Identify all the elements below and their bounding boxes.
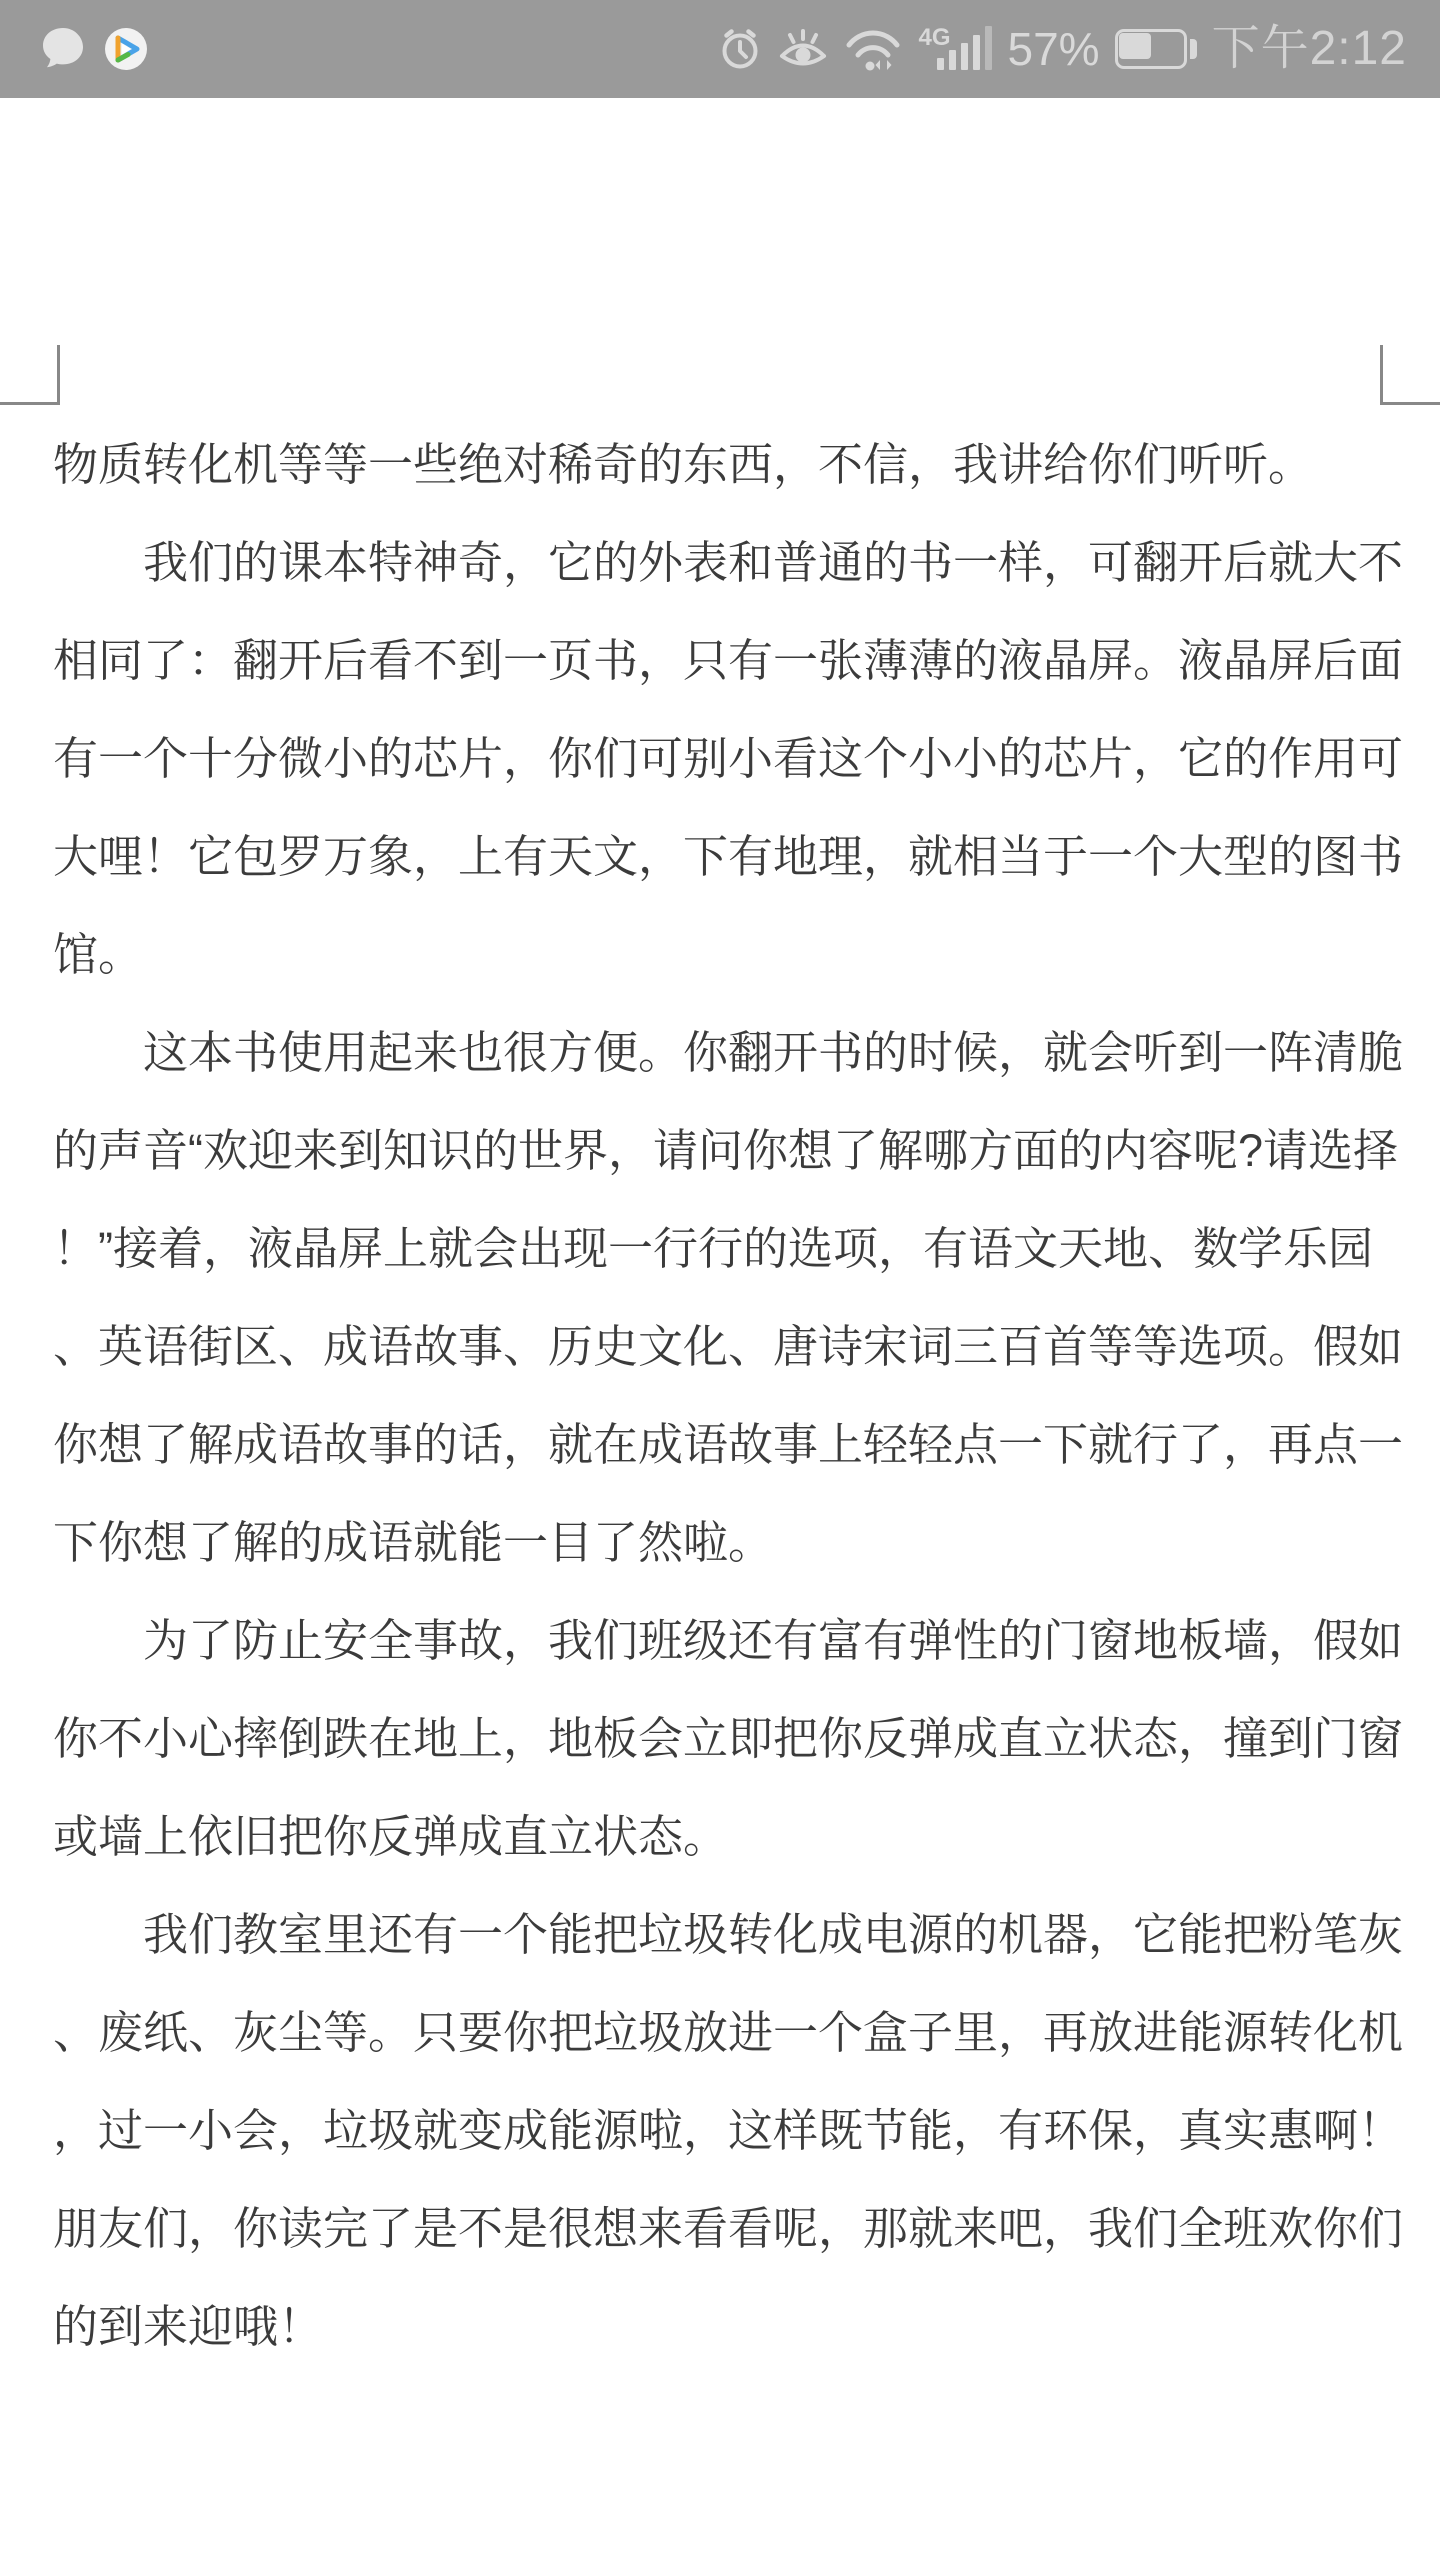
signal-bars [937,26,992,70]
battery-icon [1115,29,1197,69]
text-line: 你不小心摔倒跌在地上，地板会立即把你反弹成直立状态，撞到门窗 [53,1690,1398,1788]
text-line: 这本书使用起来也很方便。你翻开书的时候，就会听到一阵清脆 [53,1004,1398,1102]
text-line: 的到来迎哦！ [53,2278,1398,2376]
text-line: 相同了：翻开后看不到一页书，只有一张薄薄的液晶屏。液晶屏后面 [53,612,1398,710]
text-line: ！”接着，液晶屏上就会出现一行行的选项，有语文天地、数学乐园 [53,1200,1398,1298]
video-app-icon [104,27,148,71]
status-bar-system-icons: 4G 57% 下午2:12 [717,25,1440,73]
page-corner-mark-right [1380,345,1440,405]
clock-label: 下午2:12 [1212,25,1407,73]
battery-percent-label: 57% [1007,26,1099,72]
text-line: 、废纸、灰尘等。只要你把垃圾放进一个盒子里，再放进能源转化机 [53,1984,1398,2082]
alarm-clock-icon [717,26,763,72]
text-line: 或墙上依旧把你反弹成直立状态。 [53,1788,1398,1886]
text-line: 你想了解成语故事的话，就在成语故事上轻轻点一下就行了，再点一 [53,1396,1398,1494]
text-line: 我们的课本特神奇，它的外表和普通的书一样，可翻开后就大不 [53,514,1398,612]
eye-protection-icon [778,27,828,71]
text-line: 为了防止安全事故，我们班级还有富有弹性的门窗地板墙，假如 [53,1592,1398,1690]
text-line: 馆。 [53,906,1398,1004]
chat-bubble-icon [40,25,86,73]
text-line: 下你想了解的成语就能一目了然啦。 [53,1494,1398,1592]
signal-strength-icon: 4G [918,26,992,72]
page-corner-mark-left [0,345,60,405]
text-line: ，过一小会，垃圾就变成能源啦，这样既节能，有环保，真实惠啊！ [53,2082,1398,2180]
text-line: 朋友们，你读完了是不是很想来看看呢，那就来吧，我们全班欢你们 [53,2180,1398,2278]
text-line: 的声音“欢迎来到知识的世界，请问你想了解哪方面的内容呢?请选择 [53,1102,1398,1200]
phone-screen: 4G 57% 下午2:12 物质转化机等 [0,0,1440,2560]
document-lines: 物质转化机等等一些绝对稀奇的东西，不信，我讲给你们听听。 我们的课本特神奇，它的… [53,416,1398,2376]
text-line: 物质转化机等等一些绝对稀奇的东西，不信，我讲给你们听听。 [53,416,1398,514]
text-line: 、英语街区、成语故事、历史文化、唐诗宋词三百首等等选项。假如 [53,1298,1398,1396]
document-page[interactable]: 物质转化机等等一些绝对稀奇的东西，不信，我讲给你们听听。 我们的课本特神奇，它的… [0,98,1440,2560]
status-bar-notification-icons [0,25,148,73]
text-line: 大哩！它包罗万象，上有天文，下有地理，就相当于一个大型的图书 [53,808,1398,906]
text-line: 有一个十分微小的芯片，你们可别小看这个小小的芯片，它的作用可 [53,710,1398,808]
status-bar: 4G 57% 下午2:12 [0,0,1440,98]
wifi-icon [843,26,903,72]
text-line: 我们教室里还有一个能把垃圾转化成电源的机器，它能把粉笔灰 [53,1886,1398,1984]
battery-fill-level [1119,33,1151,59]
